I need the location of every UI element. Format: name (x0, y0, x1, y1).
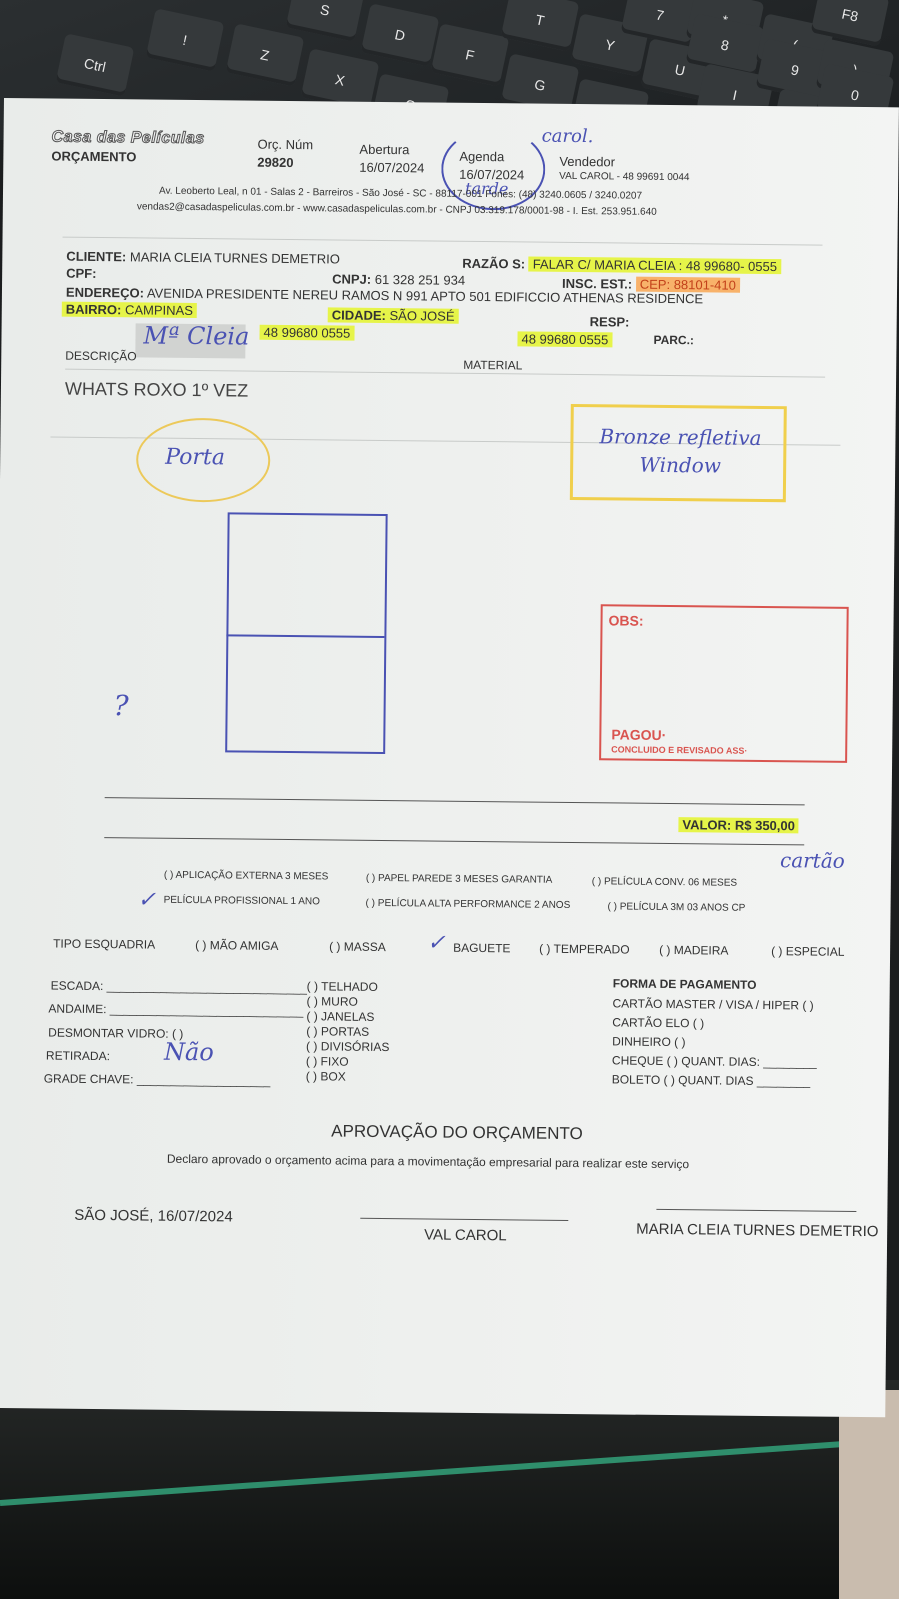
payment-handwritten: cartão (780, 848, 845, 873)
bairro-label: BAIRRO: (66, 302, 122, 318)
cliente-row: CLIENTE: MARIA CLEIA TURNES DEMETRIO (66, 249, 340, 267)
obs-label: OBS: (608, 612, 643, 628)
desmontar-field[interactable]: DESMONTAR VIDRO: ( ) (48, 1026, 183, 1041)
service-option[interactable]: ( ) PELÍCULA 3M 03 ANOS CP (608, 901, 746, 913)
bairro-row: BAIRRO: CAMPINAS (62, 302, 197, 318)
keyboard-key: Z (226, 23, 305, 86)
cliente-value: MARIA CLEIA TURNES DEMETRIO (130, 249, 340, 266)
location-option[interactable]: ( ) DIVISÓRIAS (306, 1039, 389, 1055)
concluido-label: CONCLUIDO E REVISADO ASS· (611, 744, 747, 755)
service-option[interactable]: ( ) PELÍCULA ALTA PERFORMANCE 2 ANOS (366, 898, 571, 911)
parc-label: PARC.: (653, 333, 694, 347)
checkmark-icon: ✓ (137, 887, 156, 912)
location-option[interactable]: ( ) FIXO (306, 1054, 389, 1070)
keyboard-key: D (361, 3, 440, 66)
doc-type: ORÇAMENTO (51, 148, 136, 164)
location-option[interactable]: ( ) PORTAS (306, 1024, 389, 1040)
retirada-label: RETIRADA: (46, 1048, 110, 1063)
service-option[interactable]: ( ) PAPEL PAREDE 3 MESES GARANTIA (366, 873, 553, 886)
signature-line (360, 1218, 568, 1221)
vendedor-label: Vendedor (559, 154, 615, 170)
cliente-label: CLIENTE: (66, 249, 126, 265)
signature-line (656, 1209, 856, 1212)
door-sketch (225, 512, 388, 754)
service-option[interactable]: ( ) PELÍCULA CONV. 06 MESES (592, 876, 737, 889)
keyboard-key: F (431, 23, 510, 86)
location-option[interactable]: ( ) JANELAS (306, 1009, 389, 1025)
porta-note: Porta (165, 445, 225, 471)
orc-num: 29820 (257, 155, 293, 170)
obs-box: OBS: PAGOU· CONCLUIDO E REVISADO ASS· (599, 604, 849, 763)
contact-line: vendas2@casadaspeliculas.com.br - www.ca… (137, 201, 657, 217)
wall-background (839, 1390, 899, 1599)
abertura-label: Abertura (359, 142, 409, 158)
question-mark-note: ? (113, 689, 128, 722)
phone-2: 48 99680 0555 (517, 331, 612, 347)
place-date: SÃO JOSÉ, 16/07/2024 (74, 1207, 233, 1226)
keyboard-key: Ctrl (56, 33, 135, 96)
esquadria-option[interactable]: ( ) ESPECIAL (771, 944, 845, 959)
service-option-checked[interactable]: PELÍCULA PROFISSIONAL 1 ANO (164, 895, 320, 908)
material-label: MATERIAL (463, 358, 522, 373)
endereco-label: ENDEREÇO: (66, 285, 144, 301)
cnpj-value: 61 328 251 934 (375, 272, 466, 288)
payment-option-boleto[interactable]: BOLETO ( ) QUANT. DIAS ________ (612, 1070, 817, 1091)
abertura-date: 16/07/2024 (359, 160, 424, 176)
description-text: WHATS ROXO 1º VEZ (65, 379, 248, 402)
line (105, 797, 805, 805)
phone-1: 48 99680 0555 (259, 325, 354, 341)
company-logo: Casa das Películas (51, 129, 204, 149)
pagou-label: PAGOU· (611, 726, 666, 743)
cidade-label: CIDADE: (332, 307, 386, 323)
signer-2: MARIA CLEIA TURNES DEMETRIO (636, 1221, 878, 1241)
quote-document: Casa das Películas ORÇAMENTO Orç. Núm 29… (0, 98, 899, 1417)
keyboard-key: T (501, 0, 580, 52)
cidade-row: CIDADE: SÃO JOSÉ (328, 307, 459, 323)
razao-row: RAZÃO S: FALAR C/ MARIA CLEIA : 48 99680… (462, 256, 781, 274)
payment-option-dinheiro[interactable]: DINHEIRO ( ) (612, 1032, 817, 1053)
andaime-field[interactable]: ANDAIME: _____________________________ (48, 1002, 303, 1019)
andaime-label: ANDAIME: (48, 1002, 106, 1017)
line (104, 837, 804, 845)
material-note: Bronze refletiva Window (580, 422, 781, 480)
service-option[interactable]: ( ) APLICAÇÃO EXTERNA 3 MESES (164, 870, 329, 883)
signer-1: VAL CAROL (424, 1226, 507, 1244)
stamp-handwritten: Mª Cleia (143, 321, 249, 350)
descricao-label: DESCRIÇÃO (65, 349, 136, 364)
esquadria-option[interactable]: ( ) MASSA (329, 939, 386, 954)
divider (65, 369, 825, 378)
vendedor-value: VAL CAROL - 48 99691 0044 (559, 171, 689, 183)
orc-num-label: Orç. Núm (257, 137, 313, 153)
payment-option-cartao[interactable]: CARTÃO MASTER / VISA / HIPER ( ) (612, 994, 817, 1015)
valor-total: VALOR: R$ 350,00 (678, 817, 799, 833)
esquadria-option[interactable]: ( ) MADEIRA (659, 943, 728, 958)
payment-option-elo[interactable]: CARTÃO ELO ( ) (612, 1013, 817, 1034)
cidade-value: SÃO JOSÉ (389, 308, 454, 324)
approval-title: APROVAÇÃO DO ORÇAMENTO (331, 1121, 583, 1144)
checkmark-icon: ✓ (427, 930, 446, 955)
grade-field[interactable]: GRADE CHAVE: ____________________ (44, 1071, 271, 1087)
location-option[interactable]: ( ) TELHADO (307, 979, 390, 995)
cpf-label: CPF: (66, 266, 96, 281)
cnpj-label: CNPJ: (332, 271, 371, 286)
resp-label: RESP: (590, 314, 630, 329)
escada-field[interactable]: ESCADA: ______________________________ (51, 979, 307, 996)
location-list: ( ) TELHADO ( ) MURO ( ) JANELAS ( ) POR… (306, 979, 390, 1085)
address-line: Av. Leoberto Leal, n 01 - Salas 2 - Barr… (159, 186, 642, 202)
cnpj-row: CNPJ: 61 328 251 934 (332, 271, 465, 287)
esquadria-option[interactable]: ( ) MÃO AMIGA (195, 938, 278, 953)
retirada-handwritten: Não (164, 1038, 214, 1067)
approval-declaration: Declaro aprovado o orçamento acima para … (167, 1152, 689, 1171)
vendedor-handwritten: carol. (542, 126, 594, 148)
razao-value: FALAR C/ MARIA CLEIA : 48 99680- 0555 (529, 257, 781, 275)
location-option[interactable]: ( ) MURO (306, 994, 389, 1010)
keyboard-key: ! (146, 8, 225, 71)
payment-title: FORMA DE PAGAMENTO (613, 976, 757, 992)
esquadria-label: TIPO ESQUADRIA (53, 937, 155, 952)
esquadria-option[interactable]: ( ) TEMPERADO (539, 942, 630, 957)
divider (63, 237, 823, 246)
grade-label: GRADE CHAVE: (44, 1071, 134, 1086)
payment-options: CARTÃO MASTER / VISA / HIPER ( ) CARTÃO … (612, 994, 818, 1091)
agenda-label: Agenda (459, 149, 504, 164)
location-option[interactable]: ( ) BOX (306, 1069, 389, 1085)
escada-label: ESCADA: (51, 979, 104, 994)
razao-label: RAZÃO S: (462, 256, 525, 272)
bairro-value: CAMPINAS (125, 302, 193, 318)
esquadria-option-checked[interactable]: BAGUETE (453, 941, 511, 956)
payment-option-cheque[interactable]: CHEQUE ( ) QUANT. DIAS: ________ (612, 1051, 817, 1072)
